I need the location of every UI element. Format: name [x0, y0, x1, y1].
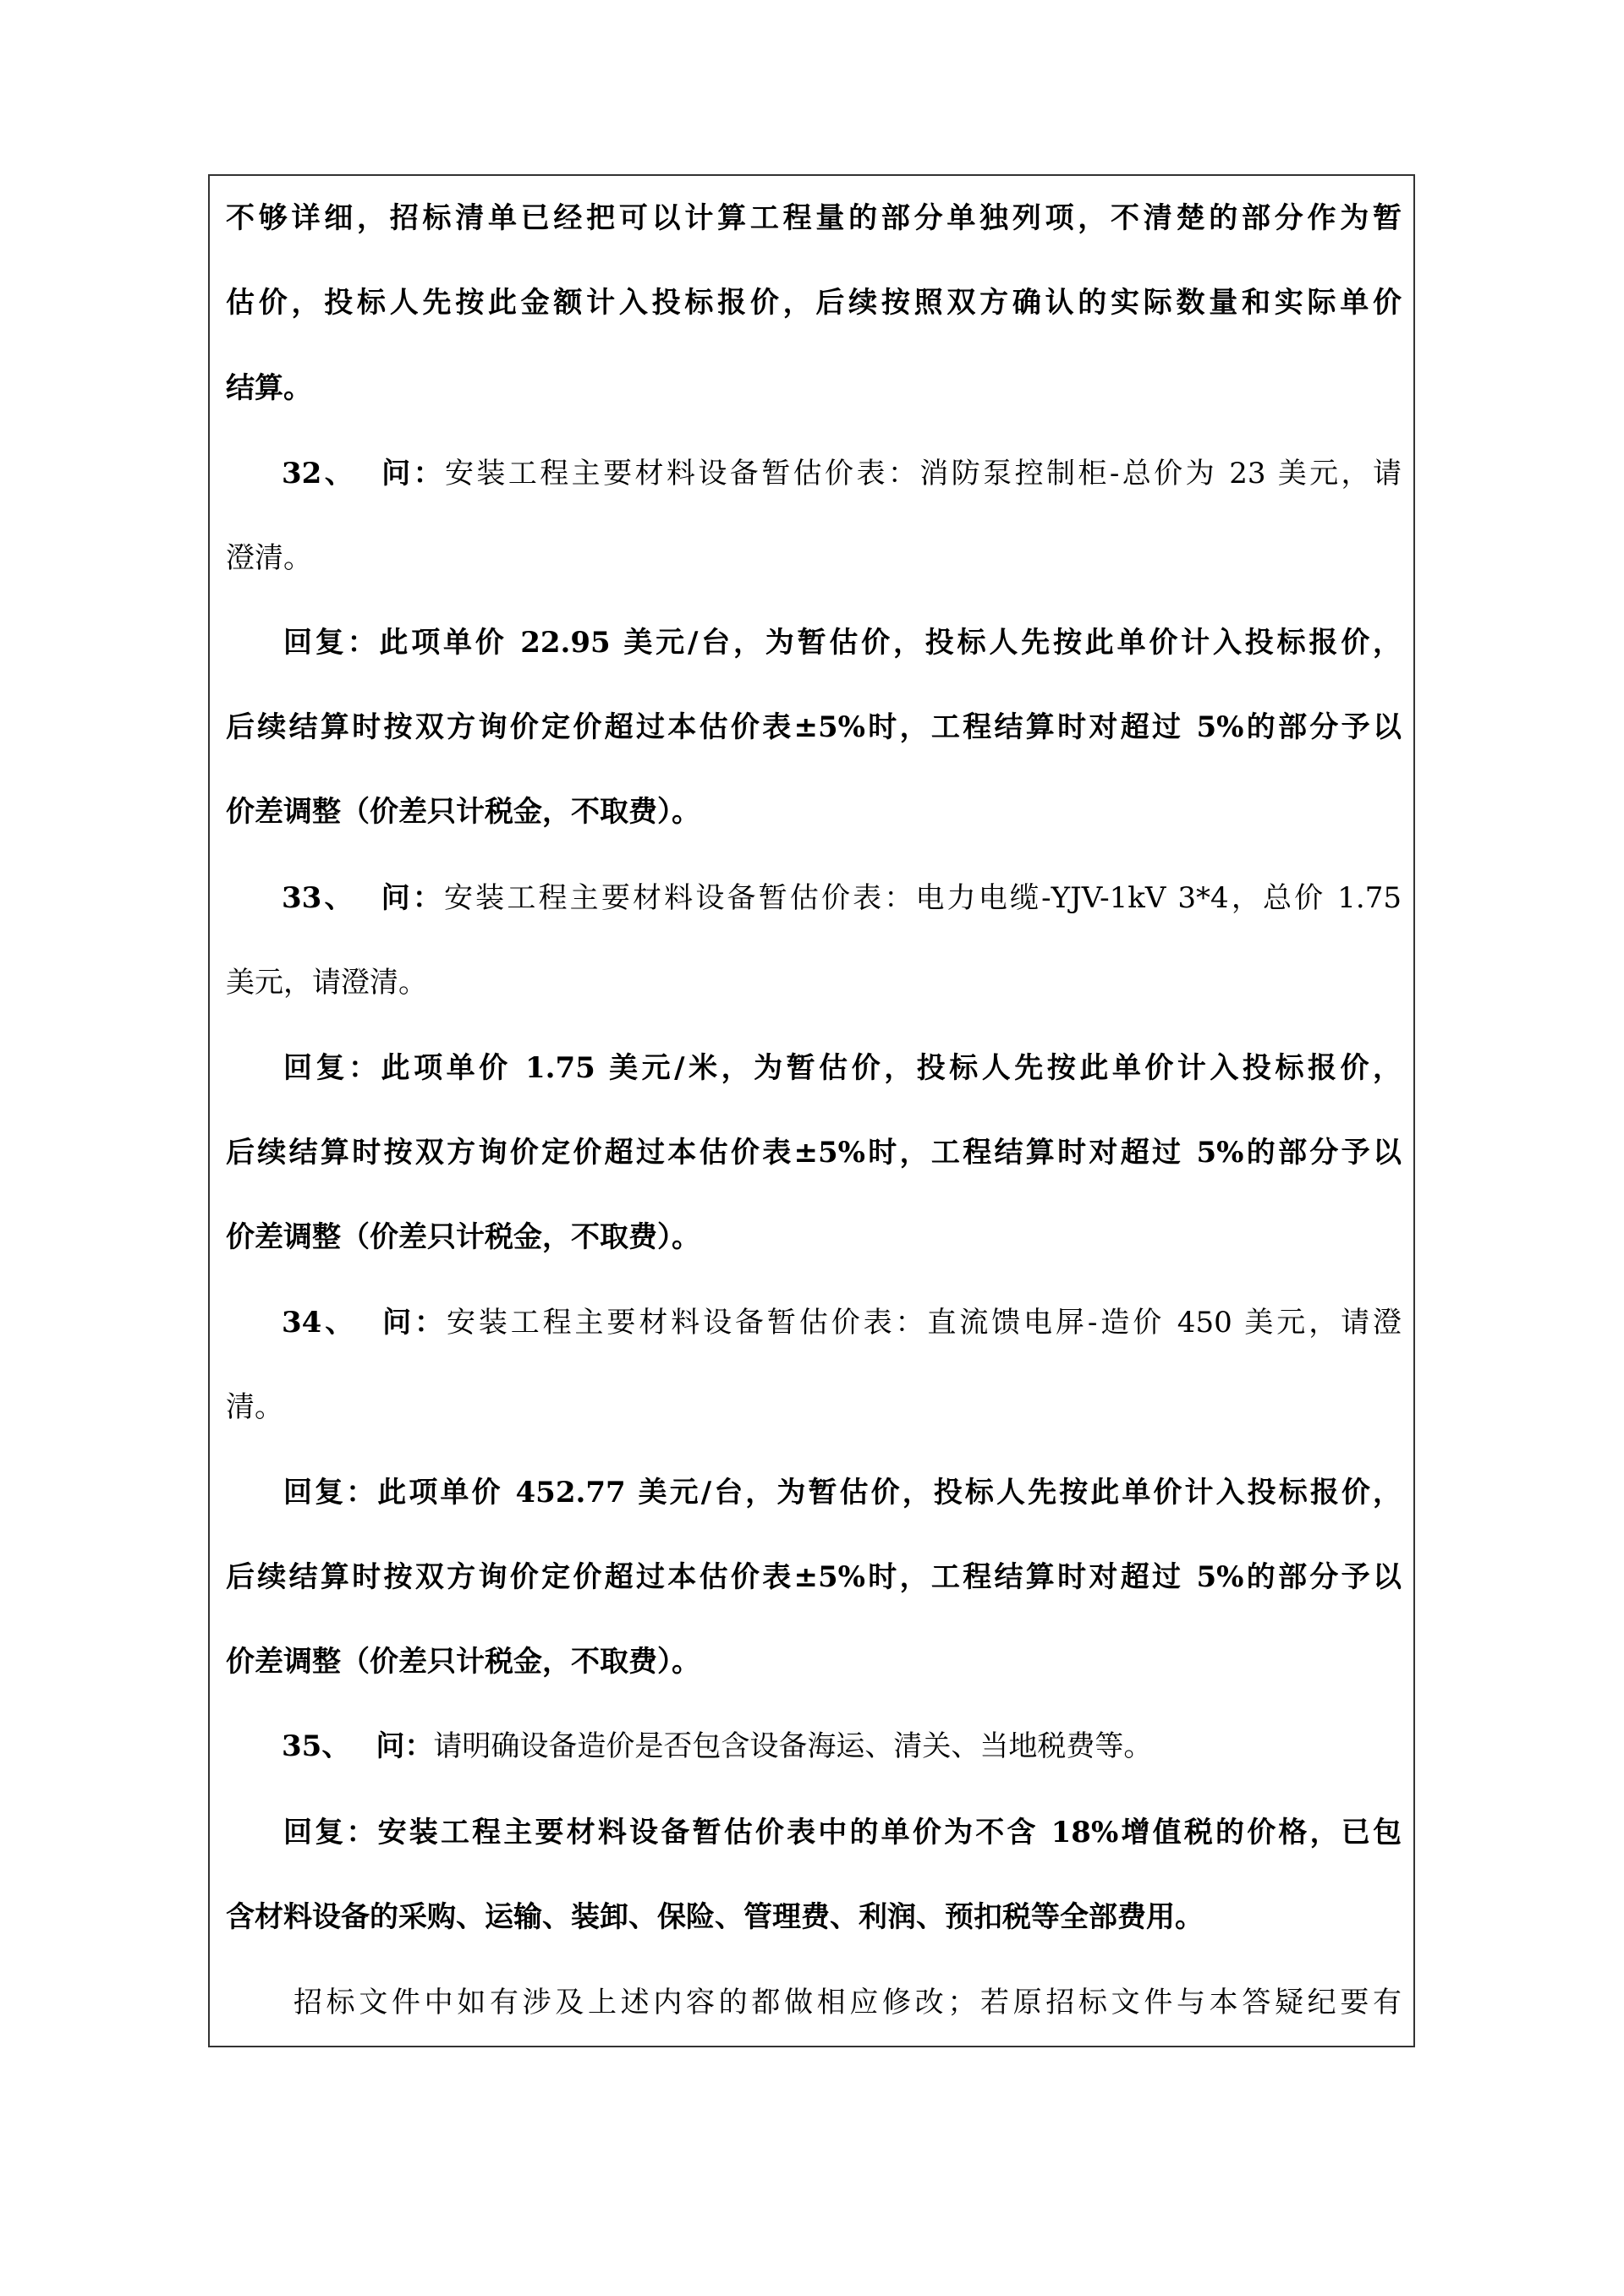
question-number: 35、 [282, 1729, 350, 1763]
question-text: 安装工程主要材料设备暂估价表：消防泵控制柜-总价为 23 美元，请 [445, 457, 1402, 490]
reply-32-line-3: 价差调整（价差只计税金，不取费）。 [226, 770, 1402, 854]
question-number: 33、 [282, 881, 356, 915]
intro-line-1: 不够详细，招标清单已经把可以计算工程量的部分单独列项，不清楚的部分作为暂 [226, 176, 1402, 260]
reply-34-line-2: 后续结算时按双方询价定价超过本估价表±5%时，工程结算时对超过 5%的部分予以 [226, 1535, 1402, 1619]
reply-34-line-1: 回复：此项单价 452.77 美元/台，为暂估价，投标人先按此单价计入投标报价， [226, 1450, 1402, 1535]
reply-35-line-2: 含材料设备的采购、运输、装卸、保险、管理费、利润、预扣税等全部费用。 [226, 1875, 1402, 1959]
question-number: 32、 [282, 457, 356, 490]
question-label: 问： [382, 1306, 447, 1340]
reply-34-line-3: 价差调整（价差只计税金，不取费）。 [226, 1619, 1402, 1704]
intro-line-3: 结算。 [226, 346, 1402, 430]
question-text: 请明确设备造价是否包含设备海运、清关、当地税费等。 [433, 1729, 1152, 1763]
reply-33-line-1: 回复：此项单价 1.75 美元/米，为暂估价，投标人先按此单价计入投标报价， [226, 1026, 1402, 1110]
closing-line: 招标文件中如有涉及上述内容的都做相应修改；若原招标文件与本答疑纪要有 [226, 1960, 1402, 2045]
reply-35-line-1: 回复：安装工程主要材料设备暂估价表中的单价为不含 18%增值税的价格，已包 [226, 1790, 1402, 1875]
reply-33-line-3: 价差调整（价差只计税金，不取费）。 [226, 1195, 1402, 1280]
question-33-cont: 美元，请澄清。 [226, 940, 1402, 1025]
reply-33-line-2: 后续结算时按双方询价定价超过本估价表±5%时，工程结算时对超过 5%的部分予以 [226, 1110, 1402, 1195]
intro-line-2: 估价，投标人先按此金额计入投标报价，后续按照双方确认的实际数量和实际单价 [226, 260, 1402, 345]
question-label: 问： [381, 457, 445, 490]
question-32: 32、问：安装工程主要材料设备暂估价表：消防泵控制柜-总价为 23 美元，请 [226, 431, 1402, 516]
question-text: 安装工程主要材料设备暂估价表：直流馈电屏-造价 450 美元，请澄 [447, 1306, 1402, 1340]
question-35: 35、问：请明确设备造价是否包含设备海运、清关、当地税费等。 [226, 1704, 1402, 1789]
question-32-cont: 澄清。 [226, 516, 1402, 600]
question-33: 33、问：安装工程主要材料设备暂估价表：电力电缆-YJV-1kV 3*4，总价 … [226, 856, 1402, 940]
question-34-cont: 清。 [226, 1365, 1402, 1449]
question-text: 安装工程主要材料设备暂估价表：电力电缆-YJV-1kV 3*4，总价 1.75 [444, 881, 1402, 915]
question-number: 34、 [282, 1306, 357, 1340]
question-34: 34、问：安装工程主要材料设备暂估价表：直流馈电屏-造价 450 美元，请澄 [226, 1280, 1402, 1365]
reply-32-line-2: 后续结算时按双方询价定价超过本估价表±5%时，工程结算时对超过 5%的部分予以 [226, 685, 1402, 770]
question-label: 问： [381, 881, 444, 915]
reply-32-line-1: 回复：此项单价 22.95 美元/台，为暂估价，投标人先按此单价计入投标报价， [226, 600, 1402, 685]
question-label: 问： [376, 1729, 433, 1763]
